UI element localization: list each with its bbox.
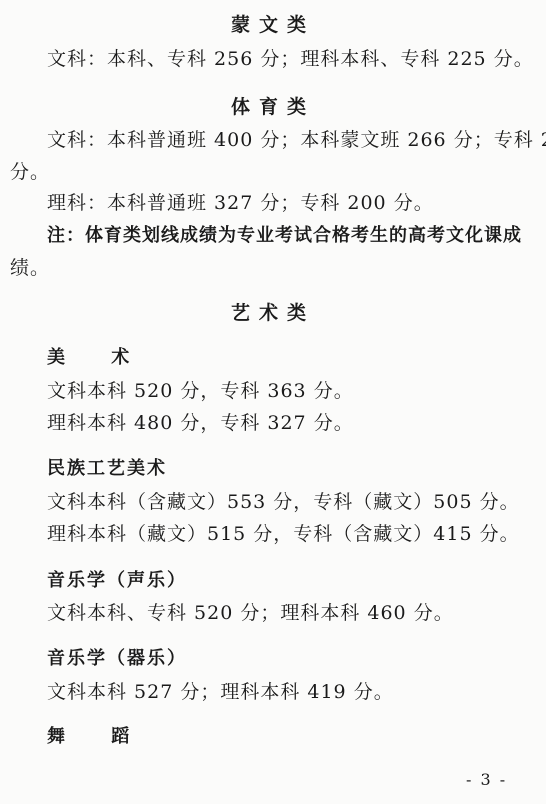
- section-title-yishu: 艺术类: [0, 298, 546, 325]
- tiyu-wenke-scores-cont: 分。: [10, 157, 50, 184]
- qiyue-scores: 文科本科 527 分；理科本科 419 分。: [47, 677, 394, 704]
- tiyu-note-cont: 绩。: [10, 253, 50, 280]
- document-page: 蒙文类 文科：本科、专科 256 分；理科本科、专科 225 分。 体育类 文科…: [0, 0, 546, 804]
- minzu-like: 理科本科（藏文）515 分，专科（含藏文）415 分。: [47, 519, 520, 546]
- tiyu-like-scores: 理科：本科普通班 327 分；专科 200 分。: [47, 188, 434, 215]
- meishu-wenke: 文科本科 520 分，专科 363 分。: [47, 376, 354, 403]
- subhead-wudao: 舞 蹈: [47, 722, 149, 748]
- subhead-yinyue-qiyue: 音乐学（器乐）: [47, 644, 187, 670]
- section-title-mengwen: 蒙文类: [0, 10, 546, 37]
- shengyue-scores: 文科本科、专科 520 分；理科本科 460 分。: [47, 598, 454, 625]
- minzu-wenke: 文科本科（含藏文）553 分，专科（藏文）505 分。: [47, 487, 520, 514]
- subhead-yinyue-shengyue: 音乐学（声乐）: [47, 566, 187, 592]
- page-number: - 3 -: [466, 770, 507, 789]
- tiyu-note: 注：体育类划线成绩为专业考试合格考生的高考文化课成: [47, 221, 522, 247]
- tiyu-wenke-scores: 文科：本科普通班 400 分；本科蒙文班 266 分；专科 200: [47, 125, 546, 152]
- subhead-minzu-gongyi-meishu: 民族工艺美术: [47, 454, 167, 480]
- subhead-meishu: 美 术: [47, 343, 149, 369]
- mengwen-scores: 文科：本科、专科 256 分；理科本科、专科 225 分。: [47, 44, 534, 71]
- meishu-like: 理科本科 480 分，专科 327 分。: [47, 408, 354, 435]
- section-title-tiyu: 体育类: [0, 92, 546, 119]
